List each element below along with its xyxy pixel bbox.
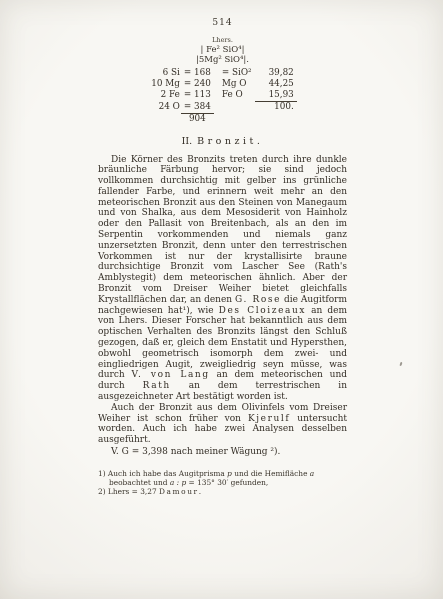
atomic-weight: = 240 bbox=[181, 79, 214, 90]
table-row: 24 O = 384 100. bbox=[148, 102, 297, 114]
atomic-weight: = 384 bbox=[181, 102, 214, 114]
element-quantity: 2 Fe bbox=[148, 90, 181, 102]
chemical-analysis-block: Lhers. | Fe² SiO⁴| |5Mg² SiO⁴|. 6 Si = 1… bbox=[98, 36, 347, 125]
text-column: 514 Lhers. | Fe² SiO⁴| |5Mg² SiO⁴|. 6 Si… bbox=[98, 18, 347, 496]
element-quantity: 10 Mg bbox=[148, 79, 181, 90]
section-numeral: II. bbox=[182, 136, 193, 147]
column-sum: 904 bbox=[181, 113, 214, 125]
percent-value: 39,82 bbox=[255, 68, 297, 79]
percent-value: 44,25 bbox=[255, 79, 297, 90]
scan-speck-artifact bbox=[399, 362, 402, 366]
atomic-weight: = 113 bbox=[181, 90, 214, 102]
formula-line-2: |5Mg² SiO⁴|. bbox=[98, 55, 347, 65]
percent-total: 100. bbox=[255, 102, 297, 114]
oxide-name: = SiO² bbox=[214, 68, 255, 79]
footnote-2: 2) Lhers = 3,27 Damour. bbox=[98, 487, 347, 496]
section-title: Bronzit. bbox=[197, 136, 263, 147]
oxide-name: Mg O bbox=[214, 79, 255, 90]
table-row: 6 Si = 168 = SiO² 39,82 bbox=[148, 68, 297, 79]
paragraph-2: Auch der Bronzit aus dem Olivinfels vom … bbox=[98, 403, 347, 446]
element-quantity: 6 Si bbox=[148, 68, 181, 79]
table-row: 2 Fe = 113 Fe O 15,93 bbox=[148, 90, 297, 102]
scanned-book-page: 514 Lhers. | Fe² SiO⁴| |5Mg² SiO⁴|. 6 Si… bbox=[0, 0, 443, 599]
section-heading: II.Bronzit. bbox=[98, 136, 347, 147]
table-row: 10 Mg = 240 Mg O 44,25 bbox=[148, 79, 297, 90]
page-number: 514 bbox=[98, 18, 347, 28]
mineral-formula: | Fe² SiO⁴| |5Mg² SiO⁴|. bbox=[98, 45, 347, 65]
formula-line-1: | Fe² SiO⁴| bbox=[98, 45, 347, 55]
atomic-weight: = 168 bbox=[181, 68, 214, 79]
specific-gravity-line: V. G = 3,398 nach meiner Wägung ²). bbox=[98, 447, 347, 458]
percent-value: 15,93 bbox=[255, 90, 297, 102]
element-quantity: 24 O bbox=[148, 102, 181, 114]
footnote-1: 1) Auch ich habe das Augitprisma p und d… bbox=[98, 469, 347, 487]
oxide-name bbox=[214, 102, 255, 114]
analysis-table: 6 Si = 168 = SiO² 39,82 10 Mg = 240 Mg O… bbox=[148, 68, 297, 125]
footnotes: 1) Auch ich habe das Augitprisma p und d… bbox=[98, 469, 347, 497]
locality-label: Lhers. bbox=[98, 36, 347, 44]
body-text: Die Körner des Bronzits treten durch ihr… bbox=[98, 155, 347, 458]
oxide-name: Fe O bbox=[214, 90, 255, 102]
table-sum-row: 904 bbox=[148, 113, 297, 125]
paragraph-1: Die Körner des Bronzits treten durch ihr… bbox=[98, 155, 347, 403]
